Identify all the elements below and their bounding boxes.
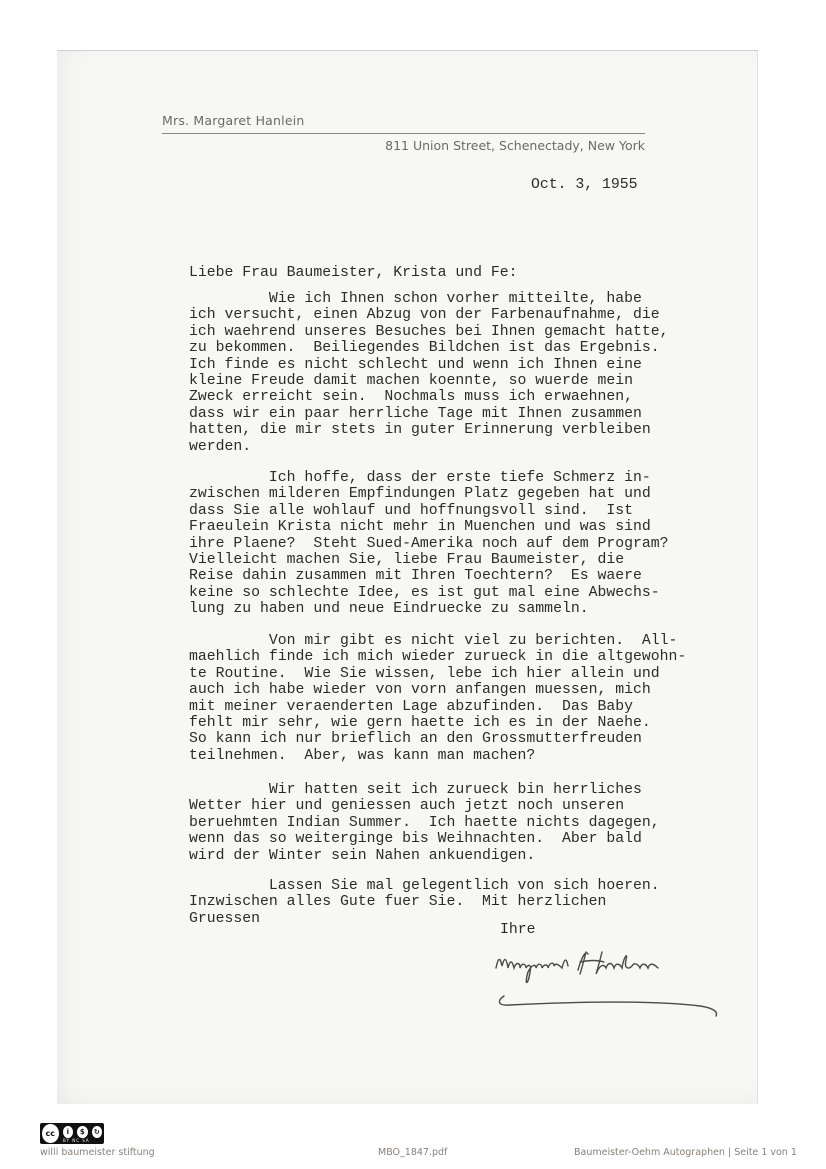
paragraph-4: Wir hatten seit ich zurueck bin herrlich… [189, 782, 660, 864]
text-line: maehlich finde ich mich wieder zurueck i… [189, 649, 686, 665]
text-line: Fraeulein Krista nicht mehr in Muenchen … [189, 519, 669, 535]
text-line: lung zu haben und neue Eindruecke zu sam… [189, 601, 669, 617]
text-line: zu bekommen. Beiliegendes Bildchen ist d… [189, 340, 669, 356]
text-line: keine so schlechte Idee, es ist gut mal … [189, 585, 669, 601]
closing: Ihre [500, 922, 536, 938]
text-line: ich waehrend unseres Besuches bei Ihnen … [189, 324, 669, 340]
text-line: fehlt mir sehr, wie gern haette ich es i… [189, 715, 686, 731]
text-line: Wetter hier und geniessen auch jetzt noc… [189, 798, 660, 814]
text-line: Wie ich Ihnen schon vorher mitteilte, ha… [189, 291, 669, 307]
text-line: te Routine. Wie Sie wissen, lebe ich hie… [189, 666, 686, 682]
text-line: So kann ich nur brieflich an den Grossmu… [189, 731, 686, 747]
signature-icon [490, 946, 730, 1026]
text-line: auch ich habe wieder von vorn anfangen m… [189, 682, 686, 698]
footer-collection: Baumeister-Oehm Autographen | Seite 1 vo… [574, 1147, 797, 1158]
text-line: mit meiner veraenderten Lage abzufinden.… [189, 699, 686, 715]
paragraph-2: Ich hoffe, dass der erste tiefe Schmerz … [189, 470, 669, 618]
paragraph-5: Lassen Sie mal gelegentlich von sich hoe… [189, 878, 660, 927]
cc-icon: cc [42, 1124, 59, 1143]
text-line: werden. [189, 439, 669, 455]
salutation: Liebe Frau Baumeister, Krista und Fe: [189, 265, 518, 281]
paragraph-1: Wie ich Ihnen schon vorher mitteilte, ha… [189, 291, 669, 455]
paragraph-3: Von mir gibt es nicht viel zu berichten.… [189, 633, 686, 764]
text-line: beruehmten Indian Summer. Ich haette nic… [189, 815, 660, 831]
letterhead-rule [162, 133, 645, 134]
text-line: wenn das so weiterginge bis Weihnachten.… [189, 831, 660, 847]
text-line: kleine Freude damit machen koennte, so w… [189, 373, 669, 389]
letterhead-address: 811 Union Street, Schenectady, New York [380, 138, 645, 153]
text-line: hatten, die mir stets in guter Erinnerun… [189, 422, 669, 438]
sa-icon: ↻ [91, 1125, 103, 1139]
text-line: dass wir ein paar herrliche Tage mit Ihn… [189, 406, 669, 422]
cc-license-badge[interactable]: cc i $ ↻ BY NC SA [40, 1123, 104, 1144]
text-line: Ich hoffe, dass der erste tiefe Schmerz … [189, 470, 669, 486]
by-icon: i [62, 1125, 74, 1139]
letter-date: Oct. 3, 1955 [531, 177, 638, 193]
text-line: Ich finde es nicht schlecht und wenn ich… [189, 357, 669, 373]
text-line: wird der Winter sein Nahen ankuendigen. [189, 848, 660, 864]
text-line: Inzwischen alles Gute fuer Sie. Mit herz… [189, 894, 660, 910]
text-line: ich versucht, einen Abzug von der Farben… [189, 307, 669, 323]
text-line: Vielleicht machen Sie, liebe Frau Baumei… [189, 552, 669, 568]
letterhead-name: Mrs. Margaret Hanlein [162, 113, 305, 128]
license-labels: BY NC SA [63, 1138, 90, 1143]
handwritten-signature [490, 946, 730, 1031]
text-line: Lassen Sie mal gelegentlich von sich hoe… [189, 878, 660, 894]
text-line: Wir hatten seit ich zurueck bin herrlich… [189, 782, 660, 798]
text-line: Reise dahin zusammen mit Ihren Toechtern… [189, 568, 669, 584]
text-line: Gruessen [189, 911, 660, 927]
text-line: teilnehmen. Aber, was kann man machen? [189, 748, 686, 764]
text-line: dass Sie alle wohlauf und hoffnungsvoll … [189, 503, 669, 519]
footer-filename: MBO_1847.pdf [378, 1147, 447, 1158]
text-line: zwischen milderen Empfindungen Platz geg… [189, 486, 669, 502]
text-line: ihre Plaene? Steht Sued-Amerika noch auf… [189, 536, 669, 552]
text-line: Von mir gibt es nicht viel zu berichten.… [189, 633, 686, 649]
footer-organization: willi baumeister stiftung [40, 1147, 155, 1158]
text-line: Zweck erreicht sein. Nochmals muss ich e… [189, 389, 669, 405]
nc-icon: $ [76, 1125, 88, 1139]
